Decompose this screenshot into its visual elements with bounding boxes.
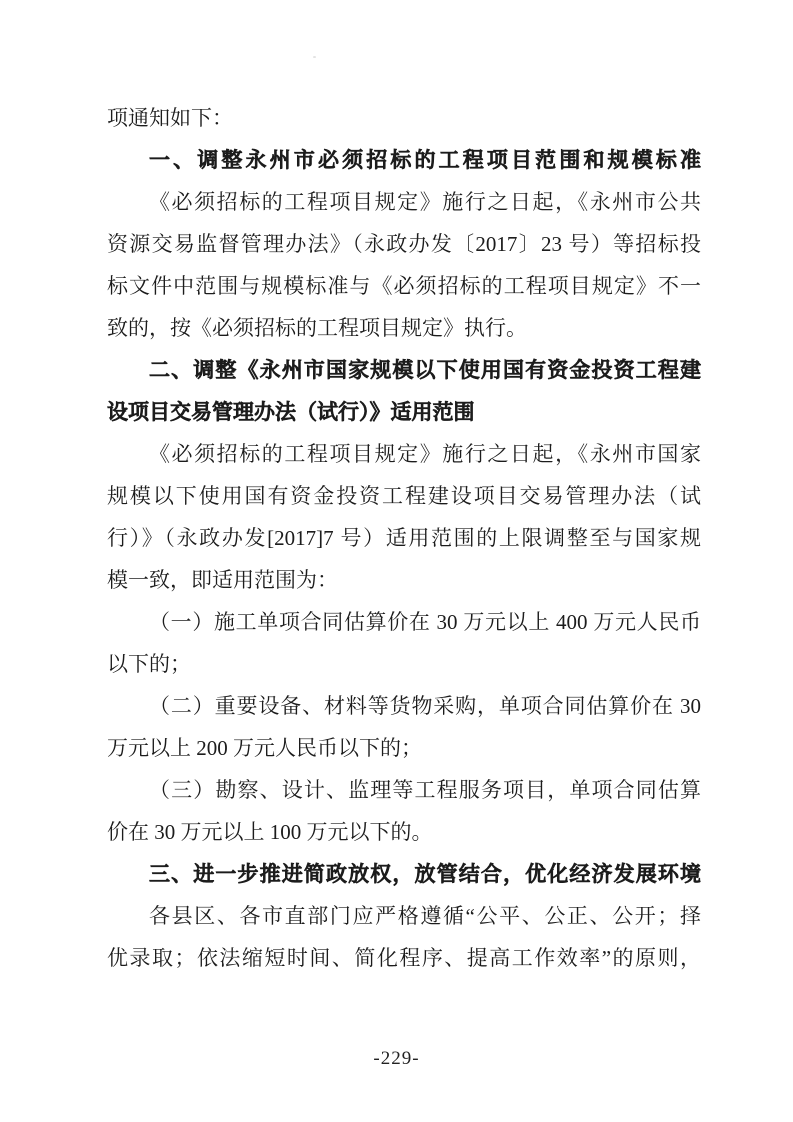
document-page: 项通知如下：一、调整永州市必须招标的工程项目范围和规模标准《必须招标的工程项目规… [0,0,793,1122]
body-text-line: 以下的； [107,643,701,685]
body-text-line: 万元以上 200 万元人民币以下的； [107,727,701,769]
body-text-line: 行）》（永政办发[2017]7 号）适用范围的上限调整至与国家规 [107,517,701,559]
heading-line: 设项目交易管理办法（试行）》适用范围 [107,391,701,433]
paragraph: （三）勘察、设计、监理等工程服务项目，单项合同估算价在 30 万元以上 100 … [107,769,701,853]
paragraph: 《必须招标的工程项目规定》施行之日起，《永州市国家规模以下使用国有资金投资工程建… [107,433,701,601]
heading-line: 二、调整《永州市国家规模以下使用国有资金投资工程建 [107,349,701,391]
paragraph: 《必须招标的工程项目规定》施行之日起，《永州市公共资源交易监督管理办法》（永政办… [107,181,701,349]
page-footer: -229- [0,1048,793,1070]
body-text-line: 《必须招标的工程项目规定》施行之日起，《永州市国家 [107,433,701,475]
body-text-line: 模一致，即适用范围为： [107,559,701,601]
body-text-line: 致的，按《必须招标的工程项目规定》执行。 [107,307,701,349]
paragraph: 各县区、各市直部门应严格遵循“公平、公正、公开；择优录取；依法缩短时间、简化程序… [107,895,701,979]
section-heading: 一、调整永州市必须招标的工程项目范围和规模标准 [107,139,701,181]
paragraph: （二）重要设备、材料等货物采购，单项合同估算价在 30万元以上 200 万元人民… [107,685,701,769]
paragraph: 项通知如下： [107,97,701,139]
body-text-line: 《必须招标的工程项目规定》施行之日起，《永州市公共 [107,181,701,223]
body-text-line: 标文件中范围与规模标准与《必须招标的工程项目规定》不一 [107,265,701,307]
heading-line: 一、调整永州市必须招标的工程项目范围和规模标准 [107,139,701,181]
body-text-line: （二）重要设备、材料等货物采购，单项合同估算价在 30 [107,685,701,727]
section-heading: 二、调整《永州市国家规模以下使用国有资金投资工程建设项目交易管理办法（试行）》适… [107,349,701,433]
document-body: 项通知如下：一、调整永州市必须招标的工程项目范围和规模标准《必须招标的工程项目规… [107,97,701,979]
body-text-line: 资源交易监督管理办法》（永政办发〔2017〕23 号）等招标投 [107,223,701,265]
section-heading: 三、进一步推进简政放权，放管结合，优化经济发展环境 [107,853,701,895]
body-text-line: 规模以下使用国有资金投资工程建设项目交易管理办法（试 [107,475,701,517]
body-text-line: （一）施工单项合同估算价在 30 万元以上 400 万元人民币 [107,601,701,643]
page-number: -229- [373,1048,419,1069]
body-text-line: 项通知如下： [107,97,701,139]
scan-speck [313,56,316,58]
body-text-line: 优录取；依法缩短时间、简化程序、提高工作效率”的原则， [107,937,701,979]
body-text-line: 各县区、各市直部门应严格遵循“公平、公正、公开；择 [107,895,701,937]
paragraph: （一）施工单项合同估算价在 30 万元以上 400 万元人民币以下的； [107,601,701,685]
heading-line: 三、进一步推进简政放权，放管结合，优化经济发展环境 [107,853,701,895]
body-text-line: 价在 30 万元以上 100 万元以下的。 [107,811,701,853]
body-text-line: （三）勘察、设计、监理等工程服务项目，单项合同估算 [107,769,701,811]
